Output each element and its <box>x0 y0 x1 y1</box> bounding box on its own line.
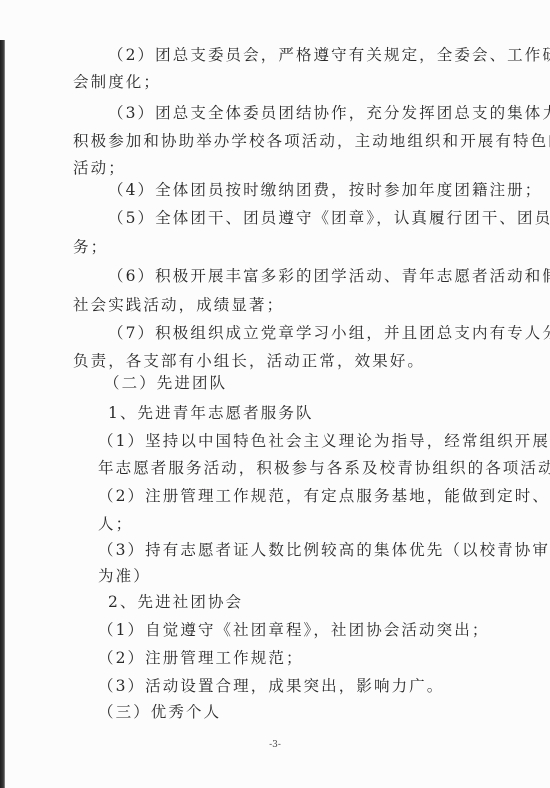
document-page: （2）团总支委员会，严格遵守有关规定，全委会、工作研究会制度化；（3）团总支全体… <box>0 0 550 788</box>
text-line: 活动； <box>73 158 126 178</box>
text-line: （3）活动设置合理，成果突出，影响力广。 <box>98 676 444 696</box>
text-line: 2、先进社团协会 <box>108 592 243 612</box>
text-line: 人； <box>98 514 133 534</box>
text-line: （2）注册管理工作规范； <box>98 648 304 668</box>
text-line: （2）注册管理工作规范，有定点服务基地，能做到定时、定 <box>98 486 550 506</box>
text-line: （7）积极组织成立党章学习小组，并且团总支内有专人分工 <box>108 323 550 343</box>
text-line: 务； <box>73 237 108 257</box>
text-line: （5）全体团干、团员遵守《团章》，认真履行团干、团员义 <box>108 208 550 228</box>
text-line: 积极参加和协助举办学校各项活动，主动地组织和开展有特色的 <box>73 131 550 151</box>
text-line: 年志愿者服务活动，积极参与各系及校青协组织的各项活动； <box>98 458 550 478</box>
text-line: （6）积极开展丰富多彩的团学活动、青年志愿者活动和假期 <box>108 266 550 286</box>
text-line: 1、先进青年志愿者服务队 <box>108 403 314 423</box>
text-line: 负责，各支部有小组长，活动正常，效果好。 <box>73 351 425 371</box>
text-line: （3）持有志愿者证人数比例较高的集体优先（以校青协审核 <box>98 540 550 560</box>
text-line: （4）全体团员按时缴纳团费，按时参加年度团籍注册； <box>108 180 542 200</box>
text-line: （3）团总支全体委员团结协作，充分发挥团总支的集体力量， <box>108 103 550 123</box>
text-line: （2）团总支委员会，严格遵守有关规定，全委会、工作研究 <box>108 45 550 65</box>
text-line: 为准） <box>98 566 151 586</box>
text-line: （二）先进团队 <box>104 373 227 393</box>
text-line: 社会实践活动，成绩显著； <box>73 295 284 315</box>
text-line: （1）自觉遵守《社团章程》，社团协会活动突出； <box>98 620 489 640</box>
text-line: （1）坚持以中国特色社会主义理论为指导，经常组织开展青 <box>98 431 550 451</box>
text-line: 会制度化； <box>73 72 161 92</box>
text-line: （三）优秀个人 <box>98 702 221 722</box>
page-number: -3- <box>0 740 550 750</box>
